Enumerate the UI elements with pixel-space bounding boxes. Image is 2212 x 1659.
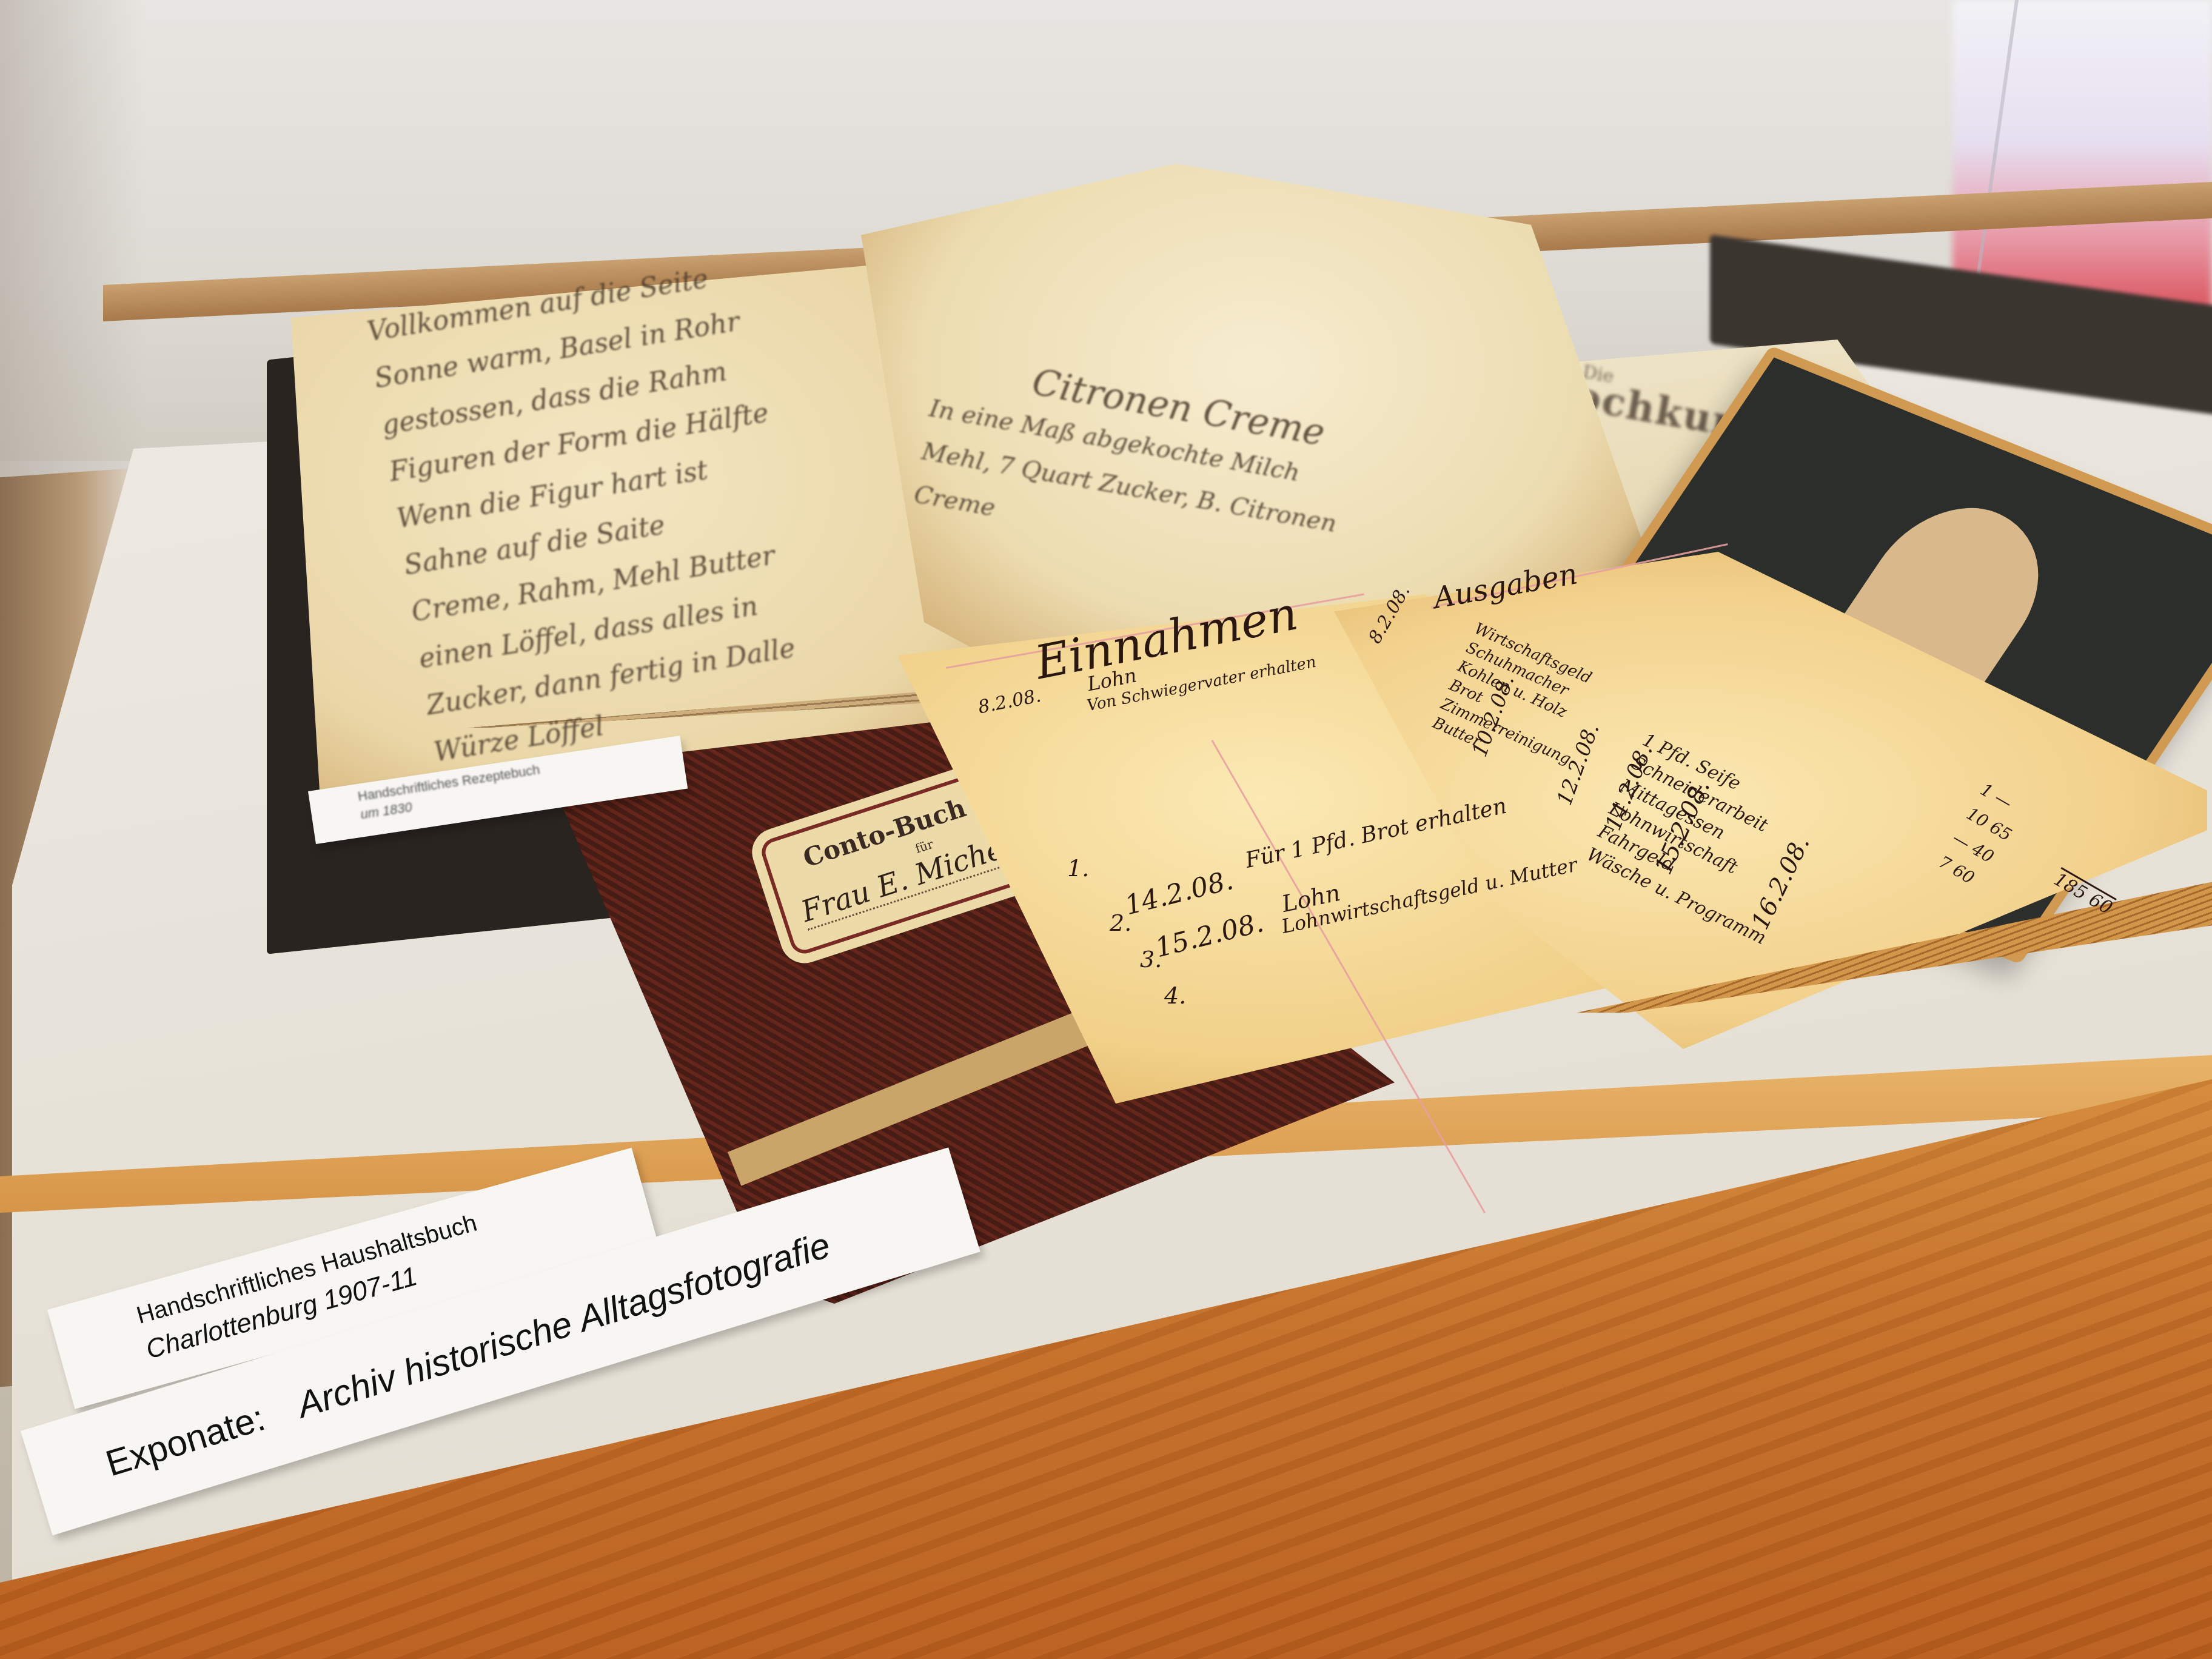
row-number: 1. — [1067, 855, 1089, 882]
exhibits-prefix: Exponate: — [101, 1396, 270, 1484]
blurred-red-floor-reflection — [1952, 0, 2212, 315]
recipe-left-handwriting: Vollkommen auf die Seite Sonne warm, Bas… — [364, 249, 816, 776]
row-number: 4. — [1164, 982, 1186, 1009]
display-case-photo: Die Kochkunst Vollkommen auf die Seite S… — [0, 0, 2212, 1659]
